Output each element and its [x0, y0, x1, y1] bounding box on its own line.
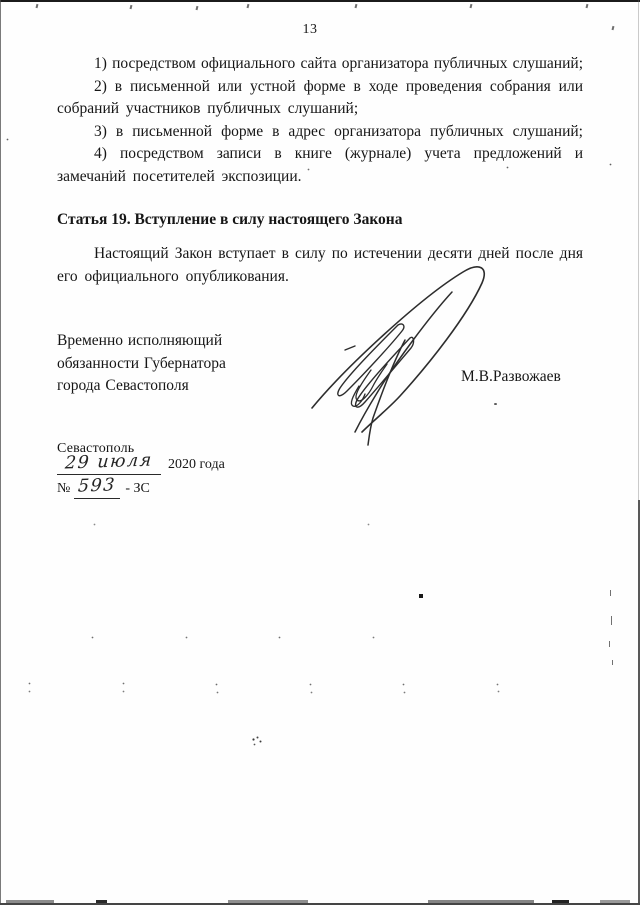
handwritten-date: 29 июля: [64, 450, 153, 473]
issuance-number-row: №593- ЗС: [57, 476, 150, 500]
scan-bottom-smudge: [600, 900, 630, 903]
scanned-document-page: 13 1) посредством официального сайта орг…: [0, 0, 640, 905]
number-underline: 593: [74, 476, 120, 499]
list-block: 1) посредством официального сайта органи…: [57, 53, 583, 189]
scan-bottom-smudge: [552, 900, 569, 903]
scan-border-bottom: [0, 903, 640, 905]
list-line: замечаний посетителей экспозиции.: [57, 166, 583, 189]
number-sign: №: [57, 478, 70, 499]
issuance-date-row: 29 июля2020 года: [57, 452, 225, 476]
scan-bottom-smudge: [6, 900, 54, 903]
list-line: 4) посредством записи в книге (журнале) …: [57, 143, 583, 166]
scan-border-left: [0, 0, 1, 905]
scan-mark: [196, 6, 198, 10]
scan-mark: [610, 590, 611, 596]
handwritten-number: 593: [78, 475, 117, 496]
article-heading: Статья 19. Вступление в силу настоящего …: [57, 208, 583, 231]
scan-mark: [36, 4, 38, 8]
scan-mark: [586, 4, 588, 8]
list-line: 3) в письменной форме в адрес организато…: [57, 121, 583, 144]
signatory-name: М.В.Развожаев: [461, 368, 561, 386]
list-line: собраний участников публичных слушаний;: [57, 98, 583, 121]
page-number: 13: [0, 22, 620, 38]
signatory-title-line: города Севастополя: [57, 375, 226, 398]
scan-speck: [419, 594, 423, 598]
scan-bottom-smudge: [96, 900, 107, 903]
scan-border-right-upper: [638, 0, 639, 500]
scan-bottom-smudge: [428, 900, 534, 903]
scan-mark: [609, 641, 610, 647]
signatory-title: Временно исполняющий обязанности Губерна…: [57, 330, 226, 398]
scan-bottom-smudge: [228, 900, 308, 903]
signatory-title-line: Временно исполняющий: [57, 330, 226, 353]
scan-mark: [247, 4, 249, 8]
scan-mark: [130, 5, 132, 9]
scan-mark: [494, 403, 497, 405]
scan-mark: [611, 616, 612, 625]
signature-ink: [295, 258, 495, 453]
list-line: 2) в письменной или устной форме в ходе …: [57, 76, 583, 99]
scan-mark: [612, 660, 613, 665]
date-underline: 29 июля: [57, 452, 161, 475]
issuance-year: 2020 года: [168, 454, 225, 475]
issuance-number-suffix: - ЗС: [125, 478, 150, 499]
scan-mark: [355, 4, 357, 8]
scan-mark: [470, 4, 472, 8]
list-line: 1) посредством официального сайта органи…: [57, 53, 583, 76]
signatory-title-line: обязанности Губернатора: [57, 353, 226, 376]
scan-border-top: [0, 0, 640, 2]
